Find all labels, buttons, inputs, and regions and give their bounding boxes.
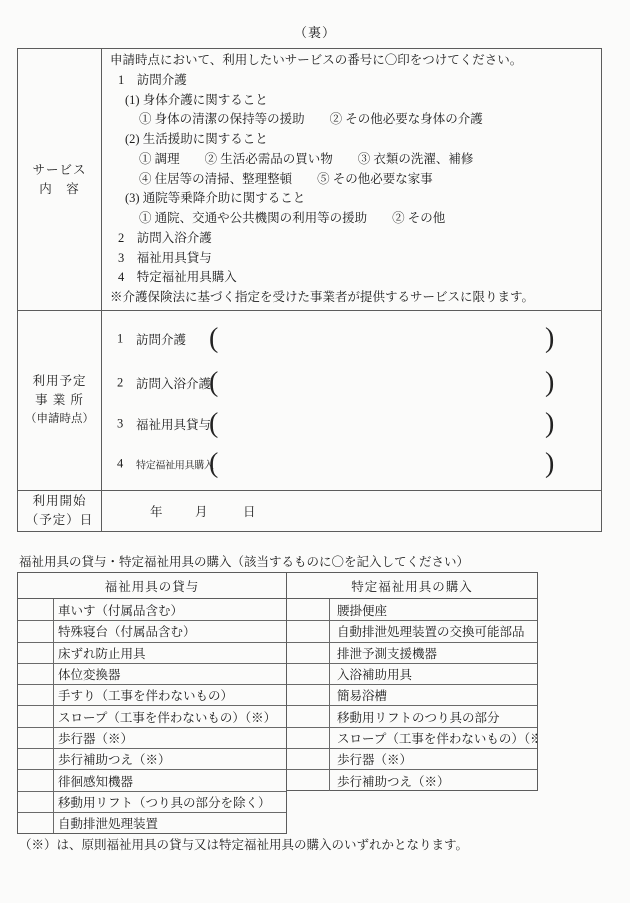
purchase-row: 歩行器（※）	[287, 748, 537, 769]
open-bracket: (	[209, 364, 218, 402]
purchase-row: 腰掛便座	[287, 599, 537, 620]
rental-item-label: スロープ（工事を伴わないもの）（※）	[54, 706, 286, 726]
rental-item-label: 歩行補助つえ（※）	[54, 749, 286, 769]
page-side-label: （裏）	[0, 22, 630, 41]
purchase-checkbox-cell[interactable]	[287, 664, 330, 684]
service-subheading: (1) 身体介護に関すること	[102, 91, 601, 111]
month-unit-label: 月	[195, 502, 208, 520]
provider-name-blank[interactable]	[227, 367, 491, 399]
planned-providers-row: 利用予定 事 業 所 （申請時点） 1 訪問介護 ( ) 2 訪問入浴介護 (	[18, 310, 601, 490]
provider-label: 訪問介護	[136, 330, 186, 348]
provider-name-blank[interactable]	[227, 323, 491, 355]
provider-number: 3	[117, 417, 123, 432]
open-bracket: (	[209, 320, 218, 358]
header-line: （申請時点）	[25, 410, 94, 429]
open-bracket: (	[209, 445, 218, 483]
equipment-table-note: （※）は、原則福祉用具の貸与又は特定福祉用具の購入のいずれかとなります。	[19, 835, 468, 853]
rental-subtable: 福祉用具の貸与 車いす（付属品含む） 特殊寝台（付属品含む） 床ずれ防止用具 体…	[17, 572, 287, 834]
rental-row: 体位変換器	[18, 663, 286, 684]
rental-checkbox-cell[interactable]	[18, 770, 54, 790]
rental-row: 手すり（工事を伴わないもの）	[18, 684, 286, 705]
provider-number: 1	[117, 332, 123, 347]
service-content-row: サービス 内 容 申請時点において、利用したいサービスの番号に〇印をつけてくださ…	[18, 49, 601, 310]
purchase-item-label: スロープ（工事を伴わないもの）（※）	[330, 728, 537, 748]
service-option-3[interactable]: 3 福祉用具貸与	[102, 249, 601, 269]
rental-row: 歩行器（※）	[18, 727, 286, 748]
purchase-checkbox-cell[interactable]	[287, 621, 330, 641]
purchase-checkbox-cell[interactable]	[287, 728, 330, 748]
header-line: 内 容	[39, 180, 80, 199]
service-subitems[interactable]: ① 通院、交通や公共機関の利用等の援助 ② その他	[102, 209, 601, 229]
service-subheading: (3) 通院等乗降介助に関すること	[102, 189, 601, 209]
provider-entry-3: 3 福祉用具貸与 ( )	[102, 404, 601, 444]
service-application-table: サービス 内 容 申請時点において、利用したいサービスの番号に〇印をつけてくださ…	[17, 48, 602, 532]
rental-row: 自動排泄処理装置	[18, 812, 286, 833]
close-bracket: )	[545, 445, 554, 483]
rental-item-label: 徘徊感知機器	[54, 770, 286, 790]
rental-item-label: 歩行器（※）	[54, 728, 286, 748]
service-note: ※介護保険法に基づく指定を受けた事業者が提供するサービスに限ります。	[102, 288, 601, 308]
provider-number: 2	[117, 376, 123, 391]
provider-name-blank[interactable]	[227, 448, 491, 480]
service-subitems[interactable]: ① 身体の清潔の保持等の援助 ② その他必要な身体の介護	[102, 110, 601, 130]
purchase-checkbox-cell[interactable]	[287, 770, 330, 790]
start-date-header: 利用開始 （予定）日	[18, 491, 102, 531]
purchase-item-label: 簡易浴槽	[330, 685, 537, 705]
rental-row: 移動用リフト（つり具の部分を除く）	[18, 791, 286, 812]
purchase-checkbox-cell[interactable]	[287, 643, 330, 663]
purchase-checkbox-cell[interactable]	[287, 706, 330, 726]
rental-row: 徘徊感知機器	[18, 769, 286, 790]
rental-item-label: 特殊寝台（付属品含む）	[54, 621, 286, 641]
provider-entry-2: 2 訪問入浴介護 ( )	[102, 363, 601, 403]
header-line: 利用開始	[32, 492, 86, 511]
rental-row: スロープ（工事を伴わないもの）（※）	[18, 705, 286, 726]
header-line: （予定）日	[26, 511, 94, 530]
purchase-row: 排泄予測支援機器	[287, 642, 537, 663]
day-unit-label: 日	[243, 502, 256, 520]
service-subitems[interactable]: ① 調理 ② 生活必需品の買い物 ③ 衣類の洗濯、補修	[102, 150, 601, 170]
provider-entry-1: 1 訪問介護 ( )	[102, 319, 601, 359]
purchase-row: 歩行補助つえ（※）	[287, 769, 537, 790]
rental-checkbox-cell[interactable]	[18, 706, 54, 726]
open-bracket: (	[209, 405, 218, 443]
equipment-table: 福祉用具の貸与 車いす（付属品含む） 特殊寝台（付属品含む） 床ずれ防止用具 体…	[17, 572, 538, 834]
purchase-checkbox-cell[interactable]	[287, 599, 330, 620]
provider-entry-4: 4 特定福祉用具購入 ( )	[102, 444, 601, 484]
purchase-row: 自動排泄処理装置の交換可能部品	[287, 620, 537, 641]
purchase-item-label: 移動用リフトのつり具の部分	[330, 706, 537, 726]
purchase-item-label: 自動排泄処理装置の交換可能部品	[330, 621, 537, 641]
rental-checkbox-cell[interactable]	[18, 685, 54, 705]
rental-item-label: 手すり（工事を伴わないもの）	[54, 685, 286, 705]
rental-row: 歩行補助つえ（※）	[18, 748, 286, 769]
service-subitems[interactable]: ④ 住居等の清掃、整理整頓 ⑤ その他必要な家事	[102, 170, 601, 190]
purchase-header: 特定福祉用具の購入	[287, 573, 537, 599]
rental-header: 福祉用具の貸与	[18, 573, 286, 599]
equipment-table-title: 福祉用具の貸与・特定福祉用具の購入（該当するものに〇を記入してください）	[19, 552, 469, 570]
service-option-4[interactable]: 4 特定福祉用具購入	[102, 268, 601, 288]
purchase-item-label: 歩行器（※）	[330, 749, 537, 769]
rental-row: 特殊寝台（付属品含む）	[18, 620, 286, 641]
planned-providers-header: 利用予定 事 業 所 （申請時点）	[18, 311, 102, 490]
rental-item-label: 床ずれ防止用具	[54, 643, 286, 663]
service-lines: 申請時点において、利用したいサービスの番号に〇印をつけてください。 1 訪問介護…	[102, 49, 601, 308]
rental-item-label: 体位変換器	[54, 664, 286, 684]
rental-checkbox-cell[interactable]	[18, 728, 54, 748]
purchase-row: 簡易浴槽	[287, 684, 537, 705]
rental-checkbox-cell[interactable]	[18, 792, 54, 812]
rental-checkbox-cell[interactable]	[18, 599, 54, 620]
purchase-item-label: 排泄予測支援機器	[330, 643, 537, 663]
rental-item-label: 移動用リフト（つり具の部分を除く）	[54, 792, 286, 812]
purchase-row: 移動用リフトのつり具の部分	[287, 705, 537, 726]
rental-row: 車いす（付属品含む）	[18, 599, 286, 620]
purchase-item-label: 入浴補助用具	[330, 664, 537, 684]
start-date-blank[interactable]: 年 月 日	[102, 491, 601, 531]
year-unit-label: 年	[150, 502, 163, 520]
rental-checkbox-cell[interactable]	[18, 664, 54, 684]
purchase-checkbox-cell[interactable]	[287, 685, 330, 705]
header-line: 利用予定	[32, 372, 86, 391]
provider-label: 福祉用具貸与	[136, 415, 211, 433]
rental-checkbox-cell[interactable]	[18, 621, 54, 641]
service-subheading: (2) 生活援助に関すること	[102, 130, 601, 150]
purchase-item-label: 歩行補助つえ（※）	[330, 770, 537, 790]
start-date-row: 利用開始 （予定）日 年 月 日	[18, 490, 601, 531]
form-page-back: （裏） サービス 内 容 申請時点において、利用したいサービスの番号に〇印をつけ…	[0, 0, 630, 903]
close-bracket: )	[545, 364, 554, 402]
purchase-item-label: 腰掛便座	[330, 599, 537, 620]
header-line: 事 業 所	[35, 391, 84, 410]
purchase-checkbox-cell[interactable]	[287, 749, 330, 769]
close-bracket: )	[545, 320, 554, 358]
rental-checkbox-cell[interactable]	[18, 749, 54, 769]
purchase-row: スロープ（工事を伴わないもの）（※）	[287, 727, 537, 748]
rental-checkbox-cell[interactable]	[18, 813, 54, 833]
provider-label: 特定福祉用具購入	[136, 457, 214, 472]
service-instruction: 申請時点において、利用したいサービスの番号に〇印をつけてください。	[102, 51, 601, 71]
planned-providers-cell: 1 訪問介護 ( ) 2 訪問入浴介護 ( ) 3 福祉用具貸与 (	[102, 311, 601, 490]
rental-item-label: 車いす（付属品含む）	[54, 599, 286, 620]
provider-number: 4	[117, 457, 123, 472]
rental-item-label: 自動排泄処理装置	[54, 813, 286, 833]
close-bracket: )	[545, 405, 554, 443]
rental-row: 床ずれ防止用具	[18, 642, 286, 663]
provider-label: 訪問入浴介護	[136, 374, 211, 392]
service-option-2[interactable]: 2 訪問入浴介護	[102, 229, 601, 249]
service-option-1[interactable]: 1 訪問介護	[102, 71, 601, 91]
purchase-subtable: 特定福祉用具の購入 腰掛便座 自動排泄処理装置の交換可能部品 排泄予測支援機器 …	[286, 572, 538, 791]
header-line: サービス	[32, 161, 86, 180]
rental-checkbox-cell[interactable]	[18, 643, 54, 663]
service-content-cell: 申請時点において、利用したいサービスの番号に〇印をつけてください。 1 訪問介護…	[102, 49, 601, 310]
service-content-header: サービス 内 容	[18, 49, 102, 310]
purchase-row: 入浴補助用具	[287, 663, 537, 684]
provider-name-blank[interactable]	[227, 408, 491, 440]
